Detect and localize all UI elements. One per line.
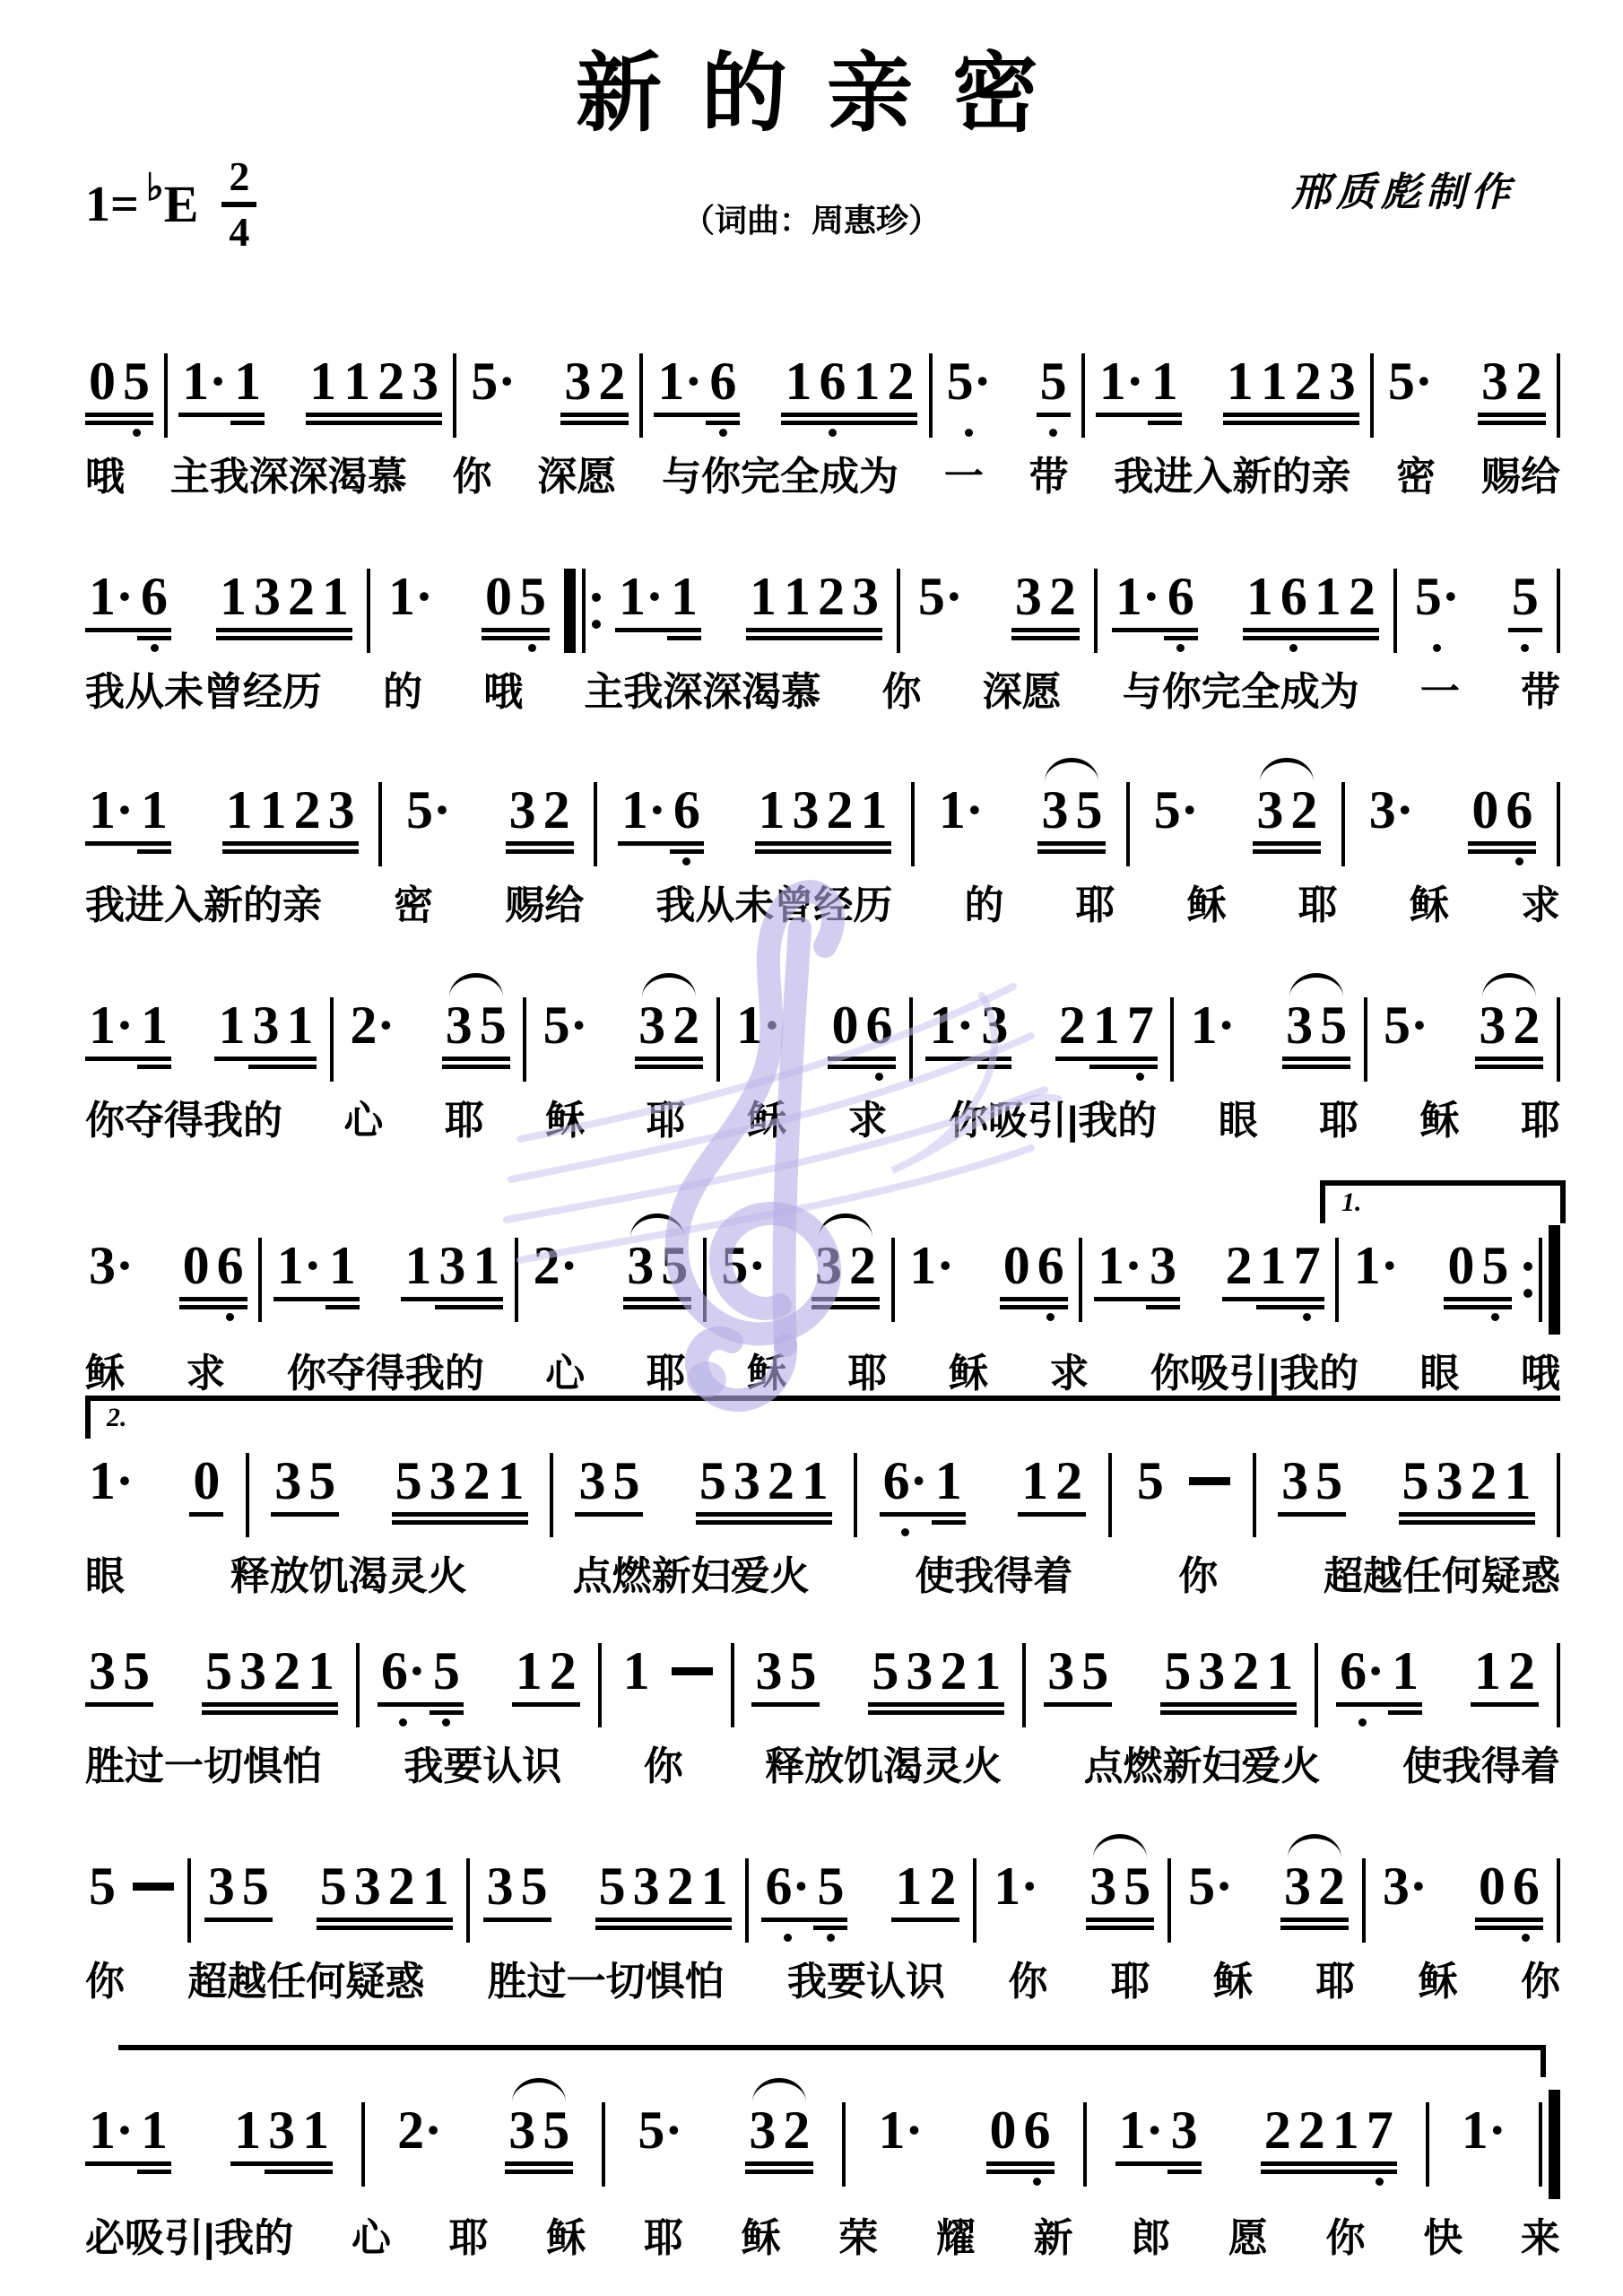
underline-beam [667, 628, 701, 632]
lyric-syllable: 使我得着 [1402, 1742, 1560, 1791]
note-group: 1·1 [1096, 353, 1182, 437]
note-digit: 6· [378, 1643, 430, 1699]
note-digit: 6 [1020, 2102, 1055, 2158]
low-octave-dot [1034, 1309, 1068, 1321]
note: 1 [137, 2102, 171, 2186]
lyric-syllable: 深愿 [537, 452, 616, 501]
note: 5· [1411, 569, 1463, 652]
note: 7 [1363, 2102, 1397, 2186]
lyric-syllable: 主我深深渴慕 [584, 667, 820, 717]
note: 5 [202, 1643, 236, 1726]
note: 5 [657, 1238, 691, 1321]
score-line: 1·11312·355·321·061·32171·355·32你夺得我的心耶稣… [0, 967, 1623, 1145]
note-digit: 6 [1502, 782, 1536, 838]
note-digit: 5 [119, 353, 153, 409]
half-note-dash [1189, 1477, 1230, 1485]
note-digit: 2 [1291, 353, 1325, 409]
underline-beam [925, 1057, 977, 1061]
thin-bar [582, 569, 586, 653]
note-group: 1321 [755, 782, 891, 865]
note-digit: 2 [814, 569, 848, 624]
note-digit: 3 [1037, 782, 1072, 838]
underline-beam [1345, 628, 1379, 632]
note: 3· [1379, 1858, 1431, 1942]
note-digit: 5 [430, 1643, 464, 1699]
note: 3 [250, 569, 284, 652]
low-octave-dot [1502, 854, 1536, 865]
underline-beam [494, 1520, 528, 1525]
note-digit: 5 [657, 1238, 691, 1293]
note: 6· [880, 1453, 932, 1536]
underline-beam [1146, 1297, 1180, 1301]
note: 1· [85, 2102, 137, 2186]
note: 1· [1115, 2102, 1167, 2186]
underline-beam [730, 1520, 764, 1525]
note-digit: 7 [1124, 997, 1158, 1053]
note: 2 [1505, 1643, 1539, 1726]
note: 1· [615, 569, 667, 652]
underline-beam [1011, 636, 1046, 640]
note: 1 [137, 997, 171, 1081]
note-group: 2217 [1261, 2102, 1397, 2186]
note-group-slurred: 32 [811, 1238, 880, 1321]
underline-beam [1257, 421, 1291, 425]
barline [367, 569, 370, 653]
note-digit: 3 [1146, 1238, 1180, 1293]
note-group-slurred: 35 [1037, 782, 1106, 865]
note: 1· [990, 1858, 1042, 1942]
barline [1079, 1238, 1082, 1322]
note: 1· [1094, 1238, 1146, 1321]
note-group: 5· [915, 569, 967, 652]
underline-beam [1509, 1057, 1543, 1061]
note-digit: 2 [846, 1238, 880, 1293]
underline-beam [216, 628, 250, 632]
lyric-syllable: 耶 [1298, 881, 1338, 930]
underline-beam [1345, 636, 1379, 640]
lyric-syllable: 耶 [449, 2213, 489, 2263]
note: 1· [178, 353, 230, 437]
note: 5 [1160, 1643, 1194, 1726]
note-group: 32 [560, 353, 629, 437]
underline-beam [1078, 1702, 1112, 1707]
underline-beam [781, 421, 815, 425]
note: 1 [230, 353, 265, 437]
lyric-syllable: 稣 [1419, 1957, 1458, 2006]
note-digit: 1 [222, 782, 256, 838]
underline-beam [222, 841, 256, 846]
note-group: 12 [891, 1858, 959, 1942]
note-digit: 3 [1044, 1643, 1078, 1699]
note-digit: 5· [943, 353, 995, 409]
note: 1· [935, 782, 987, 865]
note-digit: 2 [460, 1453, 494, 1509]
barline [330, 997, 334, 1082]
underline-beam [1278, 1512, 1312, 1517]
repeat-dots [1523, 1238, 1532, 1322]
note-group: 5· [1185, 1858, 1237, 1942]
note-group: 1·3 [1115, 2102, 1202, 2186]
note-digit: 3 [442, 997, 476, 1053]
underline-beam [1329, 2161, 1363, 2166]
lyric-syllable: 胜过一切惧怕 [85, 1742, 322, 1791]
underline-beam [595, 1918, 629, 1922]
note-digit: 1 [469, 1238, 503, 1293]
underline-beam [1311, 636, 1345, 640]
note: 2· [346, 997, 398, 1081]
note-group: 5321 [392, 1453, 528, 1536]
underline-beam [1290, 1297, 1324, 1301]
underline-beam [670, 841, 704, 846]
note-digit: 6 [1034, 1238, 1068, 1293]
note-digit: 1 [304, 1643, 338, 1699]
underline-beam [696, 1520, 730, 1525]
note-digit: 2 [284, 569, 318, 624]
underline-beam [761, 1918, 813, 1922]
note: 1· [1350, 1238, 1402, 1321]
repeat-end-barline [1523, 1238, 1560, 1335]
underline-beam [1287, 849, 1321, 854]
underline-beam [1329, 2170, 1363, 2174]
notation-row: 1·11312·355·321·061·32171·355·32 [0, 997, 1623, 1082]
note-digit: 2 [1261, 2102, 1295, 2158]
note: 3 [730, 1453, 764, 1536]
notation-row: 051·111235·321·616125·51·111235·32 [0, 353, 1623, 438]
note: 3 [236, 1643, 270, 1726]
barline [602, 2102, 605, 2187]
note-group: 1· [874, 2102, 926, 2186]
barline [1362, 1858, 1366, 1943]
underline-beam [119, 1702, 153, 1707]
note: 1 [1471, 1643, 1505, 1726]
underline-beam [213, 1297, 247, 1301]
thick-bar [1549, 2090, 1560, 2199]
note-digit: 2 [936, 1643, 970, 1699]
note-digit: 5· [634, 2102, 686, 2158]
note-group: 1·1 [615, 569, 701, 652]
note: 1 [325, 1238, 360, 1321]
underline-beam [823, 841, 857, 846]
thick-bar [1549, 1225, 1560, 1335]
note: 3 [325, 782, 359, 865]
underline-beam [304, 1702, 338, 1707]
underline-beam [1316, 1057, 1350, 1061]
lyric-syllable: 求 [1521, 881, 1560, 930]
underline-beam [539, 2170, 573, 2174]
note: 3 [435, 1238, 469, 1321]
underline-beam [442, 1057, 476, 1061]
note-digit: 5· [717, 1238, 769, 1293]
note-digit: 5· [1411, 569, 1463, 624]
underline-beam [780, 628, 814, 632]
note-digit: 1 [932, 1453, 966, 1509]
note-digit: 1 [282, 997, 317, 1053]
note-group: 32 [1478, 353, 1546, 437]
underline-beam [798, 1512, 832, 1517]
note-group: 05 [482, 569, 550, 652]
note: 6 [862, 997, 896, 1081]
note-group: 06 [1468, 782, 1536, 865]
underline-beam [848, 636, 882, 640]
note-digit: 6 [1164, 569, 1198, 624]
barline [1170, 997, 1174, 1082]
note-digit: 1· [85, 997, 137, 1053]
barline [716, 997, 720, 1082]
lyric-syllable: 你夺得我的 [287, 1349, 484, 1398]
note-digit: 3 [977, 997, 1011, 1053]
note-digit: 2 [1467, 1453, 1501, 1509]
note-digit: 1· [906, 1238, 958, 1293]
low-octave-dot [1277, 640, 1311, 652]
lyric-syllable: 愿 [1228, 2213, 1268, 2263]
note: 6· [378, 1643, 430, 1726]
underline-beam [1263, 1702, 1297, 1707]
note-group: 12 [1018, 1453, 1086, 1536]
score-line: 1.3·061·11312·355·321·061·32171·05稣求你夺得我… [0, 1180, 1623, 1398]
low-octave-dot [862, 1069, 896, 1081]
note: 5· [943, 353, 995, 437]
underline-beam [1089, 1057, 1124, 1061]
note-group-slurred: 32 [745, 2102, 813, 2186]
underline-beam [265, 2161, 299, 2166]
note-group: 06 [1000, 1238, 1068, 1321]
lyric-syllable: 你 [1178, 1552, 1218, 1601]
underline-beam [849, 421, 883, 425]
underline-beam [1512, 421, 1546, 425]
underline-beam [1336, 1702, 1388, 1707]
note: 2 [1295, 2102, 1329, 2186]
note-group: 217 [1222, 1238, 1324, 1321]
low-octave-dot [1478, 1309, 1512, 1321]
underline-beam [1388, 1710, 1422, 1715]
half-note-dash [672, 1667, 713, 1675]
barline [909, 997, 913, 1082]
note: 3 [1278, 1453, 1312, 1536]
note: 1 [299, 2102, 333, 2186]
note-digit: 2 [1345, 569, 1379, 624]
note-digit: 1 [1148, 353, 1182, 409]
note-digit: 7 [1290, 1238, 1324, 1293]
barline [361, 2102, 365, 2187]
underline-beam [1508, 628, 1542, 632]
repeat-dot [1523, 1262, 1532, 1271]
note-digit: 2 [540, 782, 574, 838]
underline-beam [325, 1305, 360, 1309]
underline-beam [540, 841, 574, 846]
underline-beam [1115, 2161, 1167, 2166]
low-octave-dot [1411, 640, 1463, 652]
underline-beam [669, 1057, 703, 1061]
lyrics-row: 我进入新的亲密赐给我从未曾经历的耶稣耶稣求 [0, 881, 1623, 930]
underline-beam [1037, 849, 1072, 854]
barline [1108, 1453, 1112, 1537]
note-group: 1·6 [1112, 569, 1198, 652]
underline-beam [282, 1057, 317, 1061]
note: 6 [1502, 782, 1536, 865]
note-digit: 3 [730, 1453, 764, 1509]
note-digit: 1 [318, 569, 352, 624]
note: 5 [1133, 1453, 1167, 1536]
underline-beam [1433, 1512, 1467, 1517]
note-digit: 2· [346, 997, 398, 1053]
note-group: 1·1 [273, 1238, 360, 1321]
underline-beam [618, 841, 670, 846]
note-digit: 5 [1312, 1453, 1346, 1509]
note-group-slurred: 35 [505, 2102, 573, 2186]
underline-beam [1277, 628, 1311, 632]
underline-beam [178, 413, 230, 417]
barline [1557, 1643, 1560, 1727]
note: 6 [815, 353, 849, 437]
underline-beam [1325, 413, 1359, 417]
barline [187, 1858, 191, 1943]
note: 2 [669, 997, 703, 1081]
lyric-syllable: 赐给 [1481, 452, 1560, 501]
underline-beam [667, 636, 701, 640]
notation-row: 3553216·51213553213553216·112 [0, 1643, 1623, 1727]
underline-beam [560, 413, 595, 417]
note-digit: 1 [1257, 353, 1291, 409]
underline-beam [1160, 1702, 1194, 1707]
note-group: 1· [1187, 997, 1239, 1081]
underline-beam [85, 413, 119, 417]
lyric-syllable: 超越任何疑惑 [1324, 1552, 1560, 1601]
underline-beam [846, 1305, 880, 1309]
underline-beam [828, 1065, 862, 1069]
underline-beam [1228, 1702, 1263, 1707]
underline-beam [730, 1512, 764, 1517]
barline [523, 997, 526, 1082]
underline-beam [460, 1512, 494, 1517]
barline [897, 569, 900, 653]
lyric-syllable: 的 [383, 667, 422, 717]
note-group: 06 [179, 1238, 247, 1321]
note-digit: 6 [1277, 569, 1311, 624]
underline-beam [902, 1710, 936, 1715]
lyric-syllable: 你 [882, 667, 922, 717]
lyric-syllable: 带 [1521, 667, 1560, 717]
underline-beam [623, 1297, 657, 1301]
note-digit: 6· [761, 1858, 813, 1914]
note-digit: 1· [654, 353, 706, 409]
note-digit: 3 [1475, 997, 1509, 1053]
note: 2 [1052, 1453, 1086, 1536]
underline-beam [1243, 636, 1277, 640]
lyric-syllable: 你 [644, 1742, 683, 1791]
underline-beam [517, 1918, 551, 1922]
underline-beam [1256, 1305, 1290, 1309]
underline-beam [137, 841, 171, 846]
note-group: 1· [385, 569, 437, 652]
underline-beam [595, 421, 629, 425]
note-digit: 2 [595, 353, 629, 409]
note: 3 [1086, 1858, 1120, 1942]
underline-beam [1037, 413, 1071, 417]
underline-beam [657, 1305, 691, 1309]
note-digit: 3 [1194, 1643, 1228, 1699]
note-group: 35 [751, 1643, 820, 1726]
note-group: 5 [85, 1858, 119, 1942]
note: 3 [977, 997, 1011, 1081]
underline-beam [1287, 841, 1321, 846]
underline-beam [1046, 628, 1080, 632]
note-digit: 3 [623, 1238, 657, 1293]
note-digit: 2· [530, 1238, 582, 1293]
note-digit: 2 [1046, 569, 1080, 624]
underline-beam [1253, 849, 1287, 854]
barline [1167, 1858, 1171, 1943]
underline-beam [629, 1926, 664, 1930]
score-line: 3553216·51213553213553216·112胜过一切惧怕我要认识你… [0, 1613, 1623, 1791]
underline-beam [664, 1926, 698, 1930]
underline-beam [857, 841, 891, 846]
underline-beam [814, 628, 848, 632]
note-digit: 5 [539, 2102, 573, 2158]
note: 1 [891, 1858, 925, 1942]
underline-beam [1280, 1926, 1315, 1930]
underline-beam [512, 1702, 546, 1707]
note-group: 1· [733, 997, 785, 1081]
underline-beam [986, 2170, 1020, 2174]
note: 3 [408, 353, 442, 437]
note-digit: 1· [1187, 997, 1239, 1053]
note-group: 3· [1366, 782, 1418, 865]
note-group: 1· [990, 1858, 1042, 1942]
barline [598, 1643, 602, 1727]
underline-beam [340, 413, 374, 417]
underline-beam [430, 1702, 464, 1707]
note: 0 [189, 1453, 223, 1536]
note-digit: 1 [1311, 569, 1345, 624]
note-digit: 1 [306, 353, 340, 409]
lyrics-row: 必吸引|我的心耶稣耶稣荣耀新郎愿你快来 [0, 2213, 1623, 2263]
note-digit: 2 [779, 2102, 813, 2158]
note: 1· [874, 2102, 926, 2186]
note-digit: 2 [1055, 997, 1089, 1053]
note: 3 [629, 1858, 664, 1942]
note: 1 [932, 1453, 966, 1536]
barline [1094, 569, 1098, 653]
underline-beam [476, 1065, 510, 1069]
underline-beam [351, 1918, 385, 1922]
note: 1 [1223, 353, 1257, 437]
underline-beam [1253, 841, 1287, 846]
note-digit: 3 [250, 569, 284, 624]
underline-beam [669, 1065, 703, 1069]
note-digit: 1 [698, 1858, 732, 1914]
note: 1 [216, 569, 250, 652]
underline-beam [137, 628, 171, 632]
underline-beam [1502, 841, 1536, 846]
note-digit: 3 [506, 782, 540, 838]
note-digit: 5 [1508, 569, 1542, 624]
underline-beam [426, 1512, 460, 1517]
note: 3 [271, 1453, 305, 1536]
note-group: 3· [85, 1238, 137, 1321]
note: 0 [1000, 1238, 1034, 1321]
low-octave-dot [1508, 640, 1542, 652]
lyric-syllable: 稣 [546, 2213, 586, 2263]
note-digit: 6 [706, 353, 740, 409]
note: 3 [1037, 782, 1072, 865]
note-digit: 5 [517, 1858, 551, 1914]
note: 3 [204, 1858, 239, 1942]
note-digit: 1· [85, 1453, 137, 1509]
note-digit: 3 [325, 782, 359, 838]
underline-beam [1000, 1305, 1034, 1309]
underline-beam [925, 1918, 959, 1922]
note: 1 [781, 353, 815, 437]
